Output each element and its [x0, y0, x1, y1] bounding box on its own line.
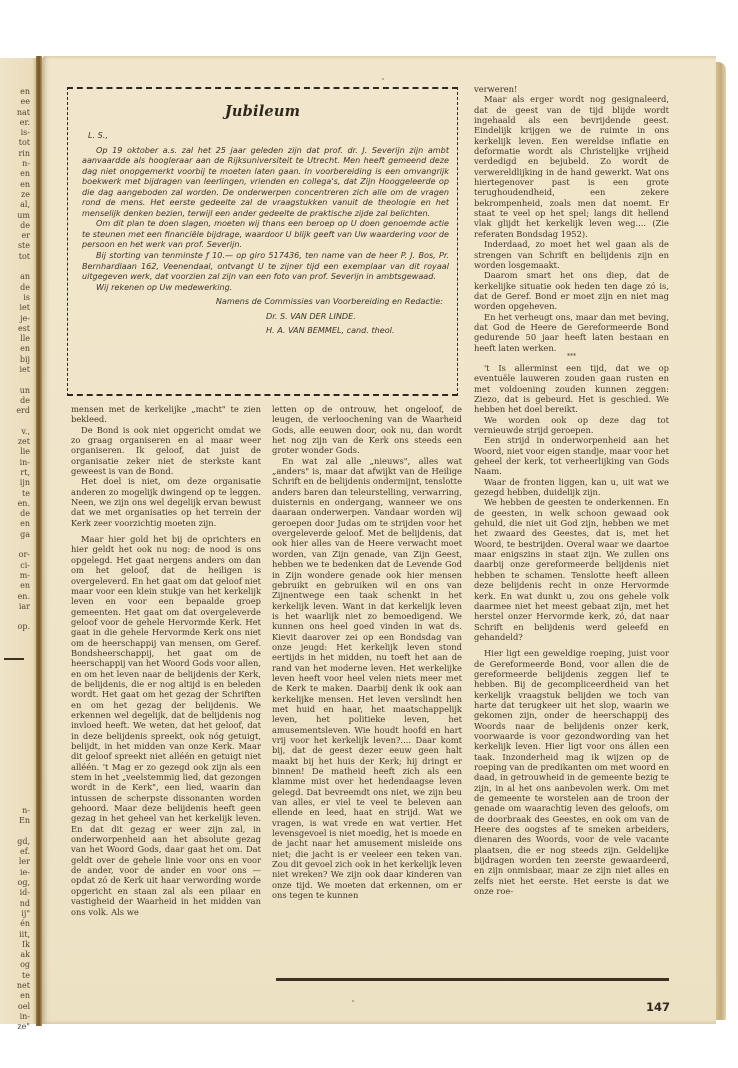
- facing-page-fragment: ee: [0, 97, 30, 107]
- facing-page-fragment: an: [0, 272, 30, 282]
- facing-page-fragment: ga: [0, 530, 30, 540]
- facing-page-fragment: in-: [0, 1012, 30, 1022]
- facing-page-fragment: én: [0, 919, 30, 929]
- page-number: 147: [630, 1000, 670, 1014]
- facing-page-fragment: iar: [0, 602, 30, 612]
- facing-page-fragment: tot: [0, 138, 30, 148]
- facing-page-fragment: en.: [0, 499, 30, 509]
- facing-page-fragment: oel: [0, 1002, 30, 1012]
- paper-speck: [382, 78, 384, 80]
- facing-page-fragment: in-: [0, 458, 30, 468]
- facing-page-fragment: un: [0, 386, 30, 396]
- facing-page-fragment: de: [0, 509, 30, 519]
- facing-page-fragment: en: [0, 169, 30, 179]
- facing-page-fragment: en: [0, 344, 30, 354]
- article-paragraph: Het doel is niet, om deze organisatie an…: [71, 476, 261, 528]
- facing-page-fragment: iit,: [0, 930, 30, 940]
- article-column-middle: letten op de ontrouw, het ongeloof, de l…: [272, 404, 462, 901]
- facing-page-fragment: [0, 375, 30, 385]
- article-paragraph: Maar als erger wordt nog gesignaleerd, d…: [474, 94, 669, 239]
- jubileum-title: Jubileum: [67, 103, 458, 120]
- facing-page-fragment: te: [0, 489, 30, 499]
- facing-page-fragment: um: [0, 211, 30, 221]
- facing-page-fragment: v.,: [0, 427, 30, 437]
- facing-page-fragment: ak: [0, 950, 30, 960]
- facing-page-fragment: rt,: [0, 468, 30, 478]
- article-paragraph: verweren!: [474, 84, 669, 94]
- facing-page-fragment: nat: [0, 108, 30, 118]
- facing-page-fragment: lie: [0, 447, 30, 457]
- paper-speck: [352, 1000, 354, 1002]
- facing-page-fragment: og,: [0, 878, 30, 888]
- jubileum-body: L. S., Op 19 oktober a.s. zal het 25 jaa…: [82, 130, 449, 336]
- facing-page-fragment: n-: [0, 806, 30, 816]
- article-paragraph: letten op de ontrouw, het ongeloof, de l…: [272, 404, 462, 456]
- article-paragraph: Waar de fronten liggen, kan u, uit wat w…: [474, 477, 669, 498]
- facing-page-fragment: en: [0, 991, 30, 1001]
- facing-page-fragment: [0, 540, 30, 550]
- facing-page-fragment: zet: [0, 437, 30, 447]
- facing-page-fragment: gd,: [0, 837, 30, 847]
- facing-page-fragment: ij": [0, 909, 30, 919]
- facing-page-fragment: en: [0, 519, 30, 529]
- facing-page-fragment: iet: [0, 365, 30, 375]
- facing-page-fragment: or-: [0, 550, 30, 560]
- facing-page-fragment: bij: [0, 355, 30, 365]
- facing-page-fragment: en: [0, 180, 30, 190]
- facing-page-fragment: ste: [0, 241, 30, 251]
- article-paragraph: En het verheugt ons, maar dan met beving…: [474, 312, 669, 353]
- facing-page-fragment: tot: [0, 252, 30, 262]
- facing-page-fragment: op.: [0, 622, 30, 632]
- article-paragraph: We hebben de geesten te onderkennen. En …: [474, 497, 669, 642]
- article-paragraph: mensen met de kerkelijke „macht" te zien…: [71, 404, 261, 425]
- facing-page-fragment: net: [0, 981, 30, 991]
- facing-page-fragment: ci-: [0, 561, 30, 571]
- article-paragraph: Hier ligt een geweldige roeping, juist v…: [474, 648, 669, 896]
- facing-page-fragment: rin: [0, 149, 30, 159]
- facing-page-fragment: En: [0, 816, 30, 826]
- facing-page-fragment: id-: [0, 888, 30, 898]
- jubileum-paragraph: Wij rekenen op Uw medewerking.: [82, 282, 449, 293]
- facing-page-fragment: ie-: [0, 868, 30, 878]
- facing-page-fragment: ze": [0, 1022, 30, 1032]
- facing-page-fragment: [0, 262, 30, 272]
- facing-page-text-fragments-bottom: n-En gd,ef.lerie-og,id-ndij"éniit,Ikakog…: [0, 806, 30, 1033]
- jubileum-signer: Dr. S. VAN DER LINDE.: [82, 311, 449, 322]
- article-paragraph: En wat zal alle „nieuws", alles wat „and…: [272, 456, 462, 901]
- jubileum-paragraph: Bij storting van tenminste ƒ 10.— op gir…: [82, 250, 449, 282]
- facing-page-fragment: [0, 827, 30, 837]
- facing-page-fragment: de: [0, 221, 30, 231]
- facing-page-fragment: en: [0, 581, 30, 591]
- facing-page-fragment: is-: [0, 128, 30, 138]
- article-paragraph: Maar hier gold het bij de oprichters en …: [71, 534, 261, 917]
- facing-page-fragment: [0, 417, 30, 427]
- facing-page-fragment: en: [0, 87, 30, 97]
- article-paragraph: 't Is allerminst een tijd, dat we op eve…: [474, 363, 669, 415]
- facing-page-fragment: er: [0, 231, 30, 241]
- jubileum-paragraph: Om dit plan te doen slagen, moeten wij t…: [82, 218, 449, 250]
- facing-page-fragment: je-: [0, 314, 30, 324]
- facing-page-fragment: ler: [0, 857, 30, 867]
- facing-page-fragment: og: [0, 960, 30, 970]
- jubileum-signer: H. A. VAN BEMMEL, cand. theol.: [82, 325, 449, 336]
- facing-page-fragment: de: [0, 283, 30, 293]
- facing-page-fragment: nd: [0, 899, 30, 909]
- facing-page-fragment: de: [0, 396, 30, 406]
- facing-page-fragment: erd: [0, 406, 30, 416]
- facing-page-fragment: er.: [0, 118, 30, 128]
- article-paragraph: Daarom smart het ons diep, dat de kerkel…: [474, 270, 669, 311]
- facing-page-fragment: n-: [0, 159, 30, 169]
- article-paragraph: We worden ook op deze dag tot vernieuwde…: [474, 415, 669, 436]
- facing-page-fragment: ijn: [0, 478, 30, 488]
- facing-page-rule: [4, 658, 24, 660]
- facing-page-fragment: est: [0, 324, 30, 334]
- jubileum-salutation: L. S.,: [82, 130, 449, 141]
- facing-page-fragment: is: [0, 293, 30, 303]
- facing-page-fragment: ef.: [0, 847, 30, 857]
- article-paragraph: Een strijd in onderworpenheid aan het Wo…: [474, 435, 669, 476]
- facing-page-fragment: te: [0, 971, 30, 981]
- article-column-left: mensen met de kerkelijke „macht" te zien…: [71, 404, 261, 917]
- facing-page-fragment: [0, 612, 30, 622]
- section-separator-stars: ***: [474, 354, 669, 360]
- facing-page-fragment: iet: [0, 303, 30, 313]
- article-paragraph: Inderdaad, zo moet het wel gaan als de s…: [474, 239, 669, 270]
- facing-page-fragment: al,: [0, 200, 30, 210]
- article-column-right: verweren!Maar als erger wordt nog gesign…: [474, 84, 669, 896]
- facing-page-text-fragments-top: eneenater.is-totrinn-enenzeal,umdeerstet…: [0, 87, 30, 633]
- facing-page-fragment: ze: [0, 190, 30, 200]
- facing-page-fragment: en.: [0, 592, 30, 602]
- facing-page-fragment: Ik: [0, 940, 30, 950]
- facing-page-fragment: lle: [0, 334, 30, 344]
- article-paragraph: De Bond is ook niet opgericht omdat we z…: [71, 425, 261, 477]
- facing-page-fragment: m-: [0, 571, 30, 581]
- jubileum-paragraph: Op 19 oktober a.s. zal het 25 jaar geled…: [82, 145, 449, 219]
- bottom-rule: [276, 978, 669, 981]
- jubileum-on-behalf: Namens de Commissies van Voorbereiding e…: [82, 296, 449, 307]
